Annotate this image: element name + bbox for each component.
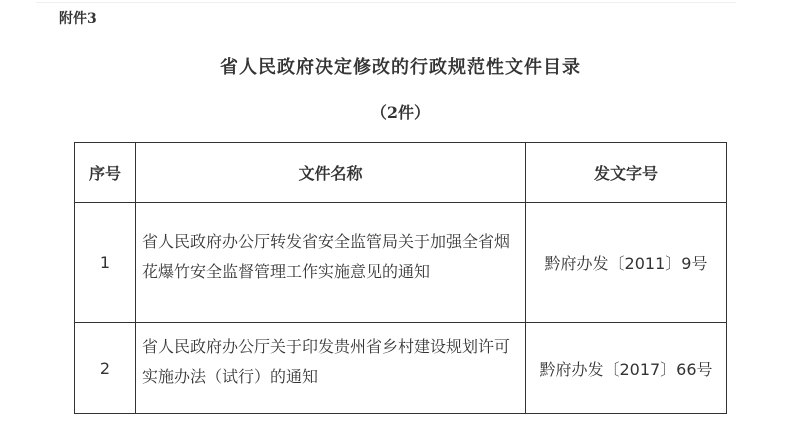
document-title: 省人民政府决定修改的行政规范性文件目录 bbox=[0, 53, 801, 79]
document-table: 序号 文件名称 发文字号 1 省人民政府办公厅转发省安全监管局关于加强全省烟花爆… bbox=[74, 142, 727, 414]
row-name-text: 省人民政府办公厅转发省安全监管局关于加强全省烟花爆竹安全监督管理工作实施意见的通… bbox=[142, 225, 519, 301]
table-row: 2 省人民政府办公厅关于印发贵州省乡村建设规划许可实施办法（试行）的通知 黔府办… bbox=[75, 323, 727, 414]
row-name-text: 省人民政府办公厅关于印发贵州省乡村建设规划许可实施办法（试行）的通知 bbox=[142, 330, 519, 406]
top-divider bbox=[36, 2, 736, 3]
header-name: 文件名称 bbox=[136, 143, 526, 203]
document-subtitle: （2件） bbox=[0, 100, 801, 123]
row-doc-number: 黔府办发〔2017〕66号 bbox=[526, 323, 727, 414]
row-index: 2 bbox=[75, 323, 136, 414]
attachment-label: 附件3 bbox=[59, 8, 97, 28]
row-name: 省人民政府办公厅转发省安全监管局关于加强全省烟花爆竹安全监督管理工作实施意见的通… bbox=[136, 203, 526, 323]
header-doc-number: 发文字号 bbox=[526, 143, 727, 203]
table-header-row: 序号 文件名称 发文字号 bbox=[75, 143, 727, 203]
row-name: 省人民政府办公厅关于印发贵州省乡村建设规划许可实施办法（试行）的通知 bbox=[136, 323, 526, 414]
row-doc-number: 黔府办发〔2011〕9号 bbox=[526, 203, 727, 323]
row-index: 1 bbox=[75, 203, 136, 323]
table-row: 1 省人民政府办公厅转发省安全监管局关于加强全省烟花爆竹安全监督管理工作实施意见… bbox=[75, 203, 727, 323]
header-index: 序号 bbox=[75, 143, 136, 203]
